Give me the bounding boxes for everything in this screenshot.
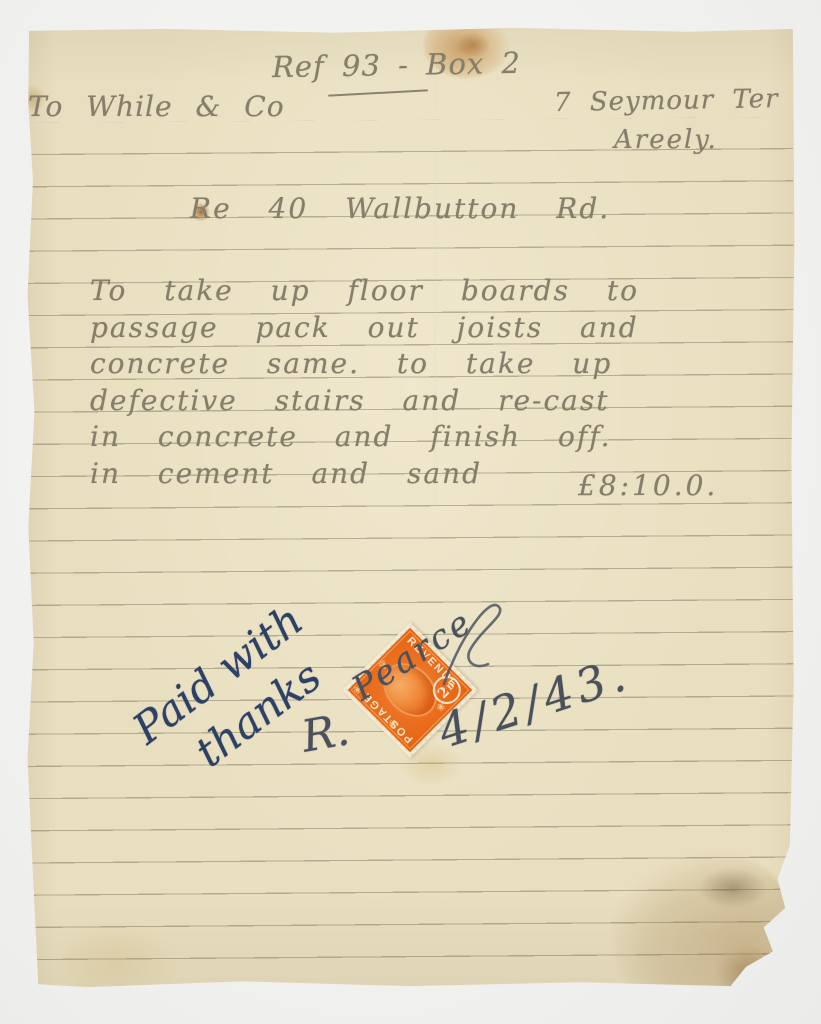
sender-address-line2: Areely. bbox=[614, 125, 718, 155]
body-line: in concrete and finish off. bbox=[90, 419, 639, 456]
letter-body: To take up floor boards to passage pack … bbox=[90, 273, 639, 492]
subject-line: Re 40 Wallbutton Rd. bbox=[190, 192, 610, 225]
signature-flourish bbox=[436, 590, 514, 690]
body-line: passage pack out joists and bbox=[90, 310, 639, 347]
body-line: in cement and sand bbox=[90, 456, 639, 493]
amount-total: £8:10.0. bbox=[578, 469, 718, 502]
body-line: defective stairs and re-cast bbox=[90, 383, 639, 420]
ref-annotation: Ref 93 - Box 2 bbox=[272, 46, 521, 84]
ref-underline bbox=[328, 89, 428, 96]
ruled-lines bbox=[23, 117, 800, 983]
sender-address-line1: 7 Seymour Ter bbox=[554, 84, 779, 118]
letter-paper: Ref 93 - Box 2 To While & Co 7 Seymour T… bbox=[26, 26, 796, 990]
flower-icon: ❀ bbox=[387, 718, 400, 731]
body-line: To take up floor boards to bbox=[90, 273, 639, 310]
photo-background: Ref 93 - Box 2 To While & Co 7 Seymour T… bbox=[0, 0, 821, 1024]
body-line: concrete same. to take up bbox=[90, 346, 639, 383]
addressee-line: To While & Co bbox=[28, 90, 285, 123]
signature-initial: R. bbox=[298, 704, 353, 762]
